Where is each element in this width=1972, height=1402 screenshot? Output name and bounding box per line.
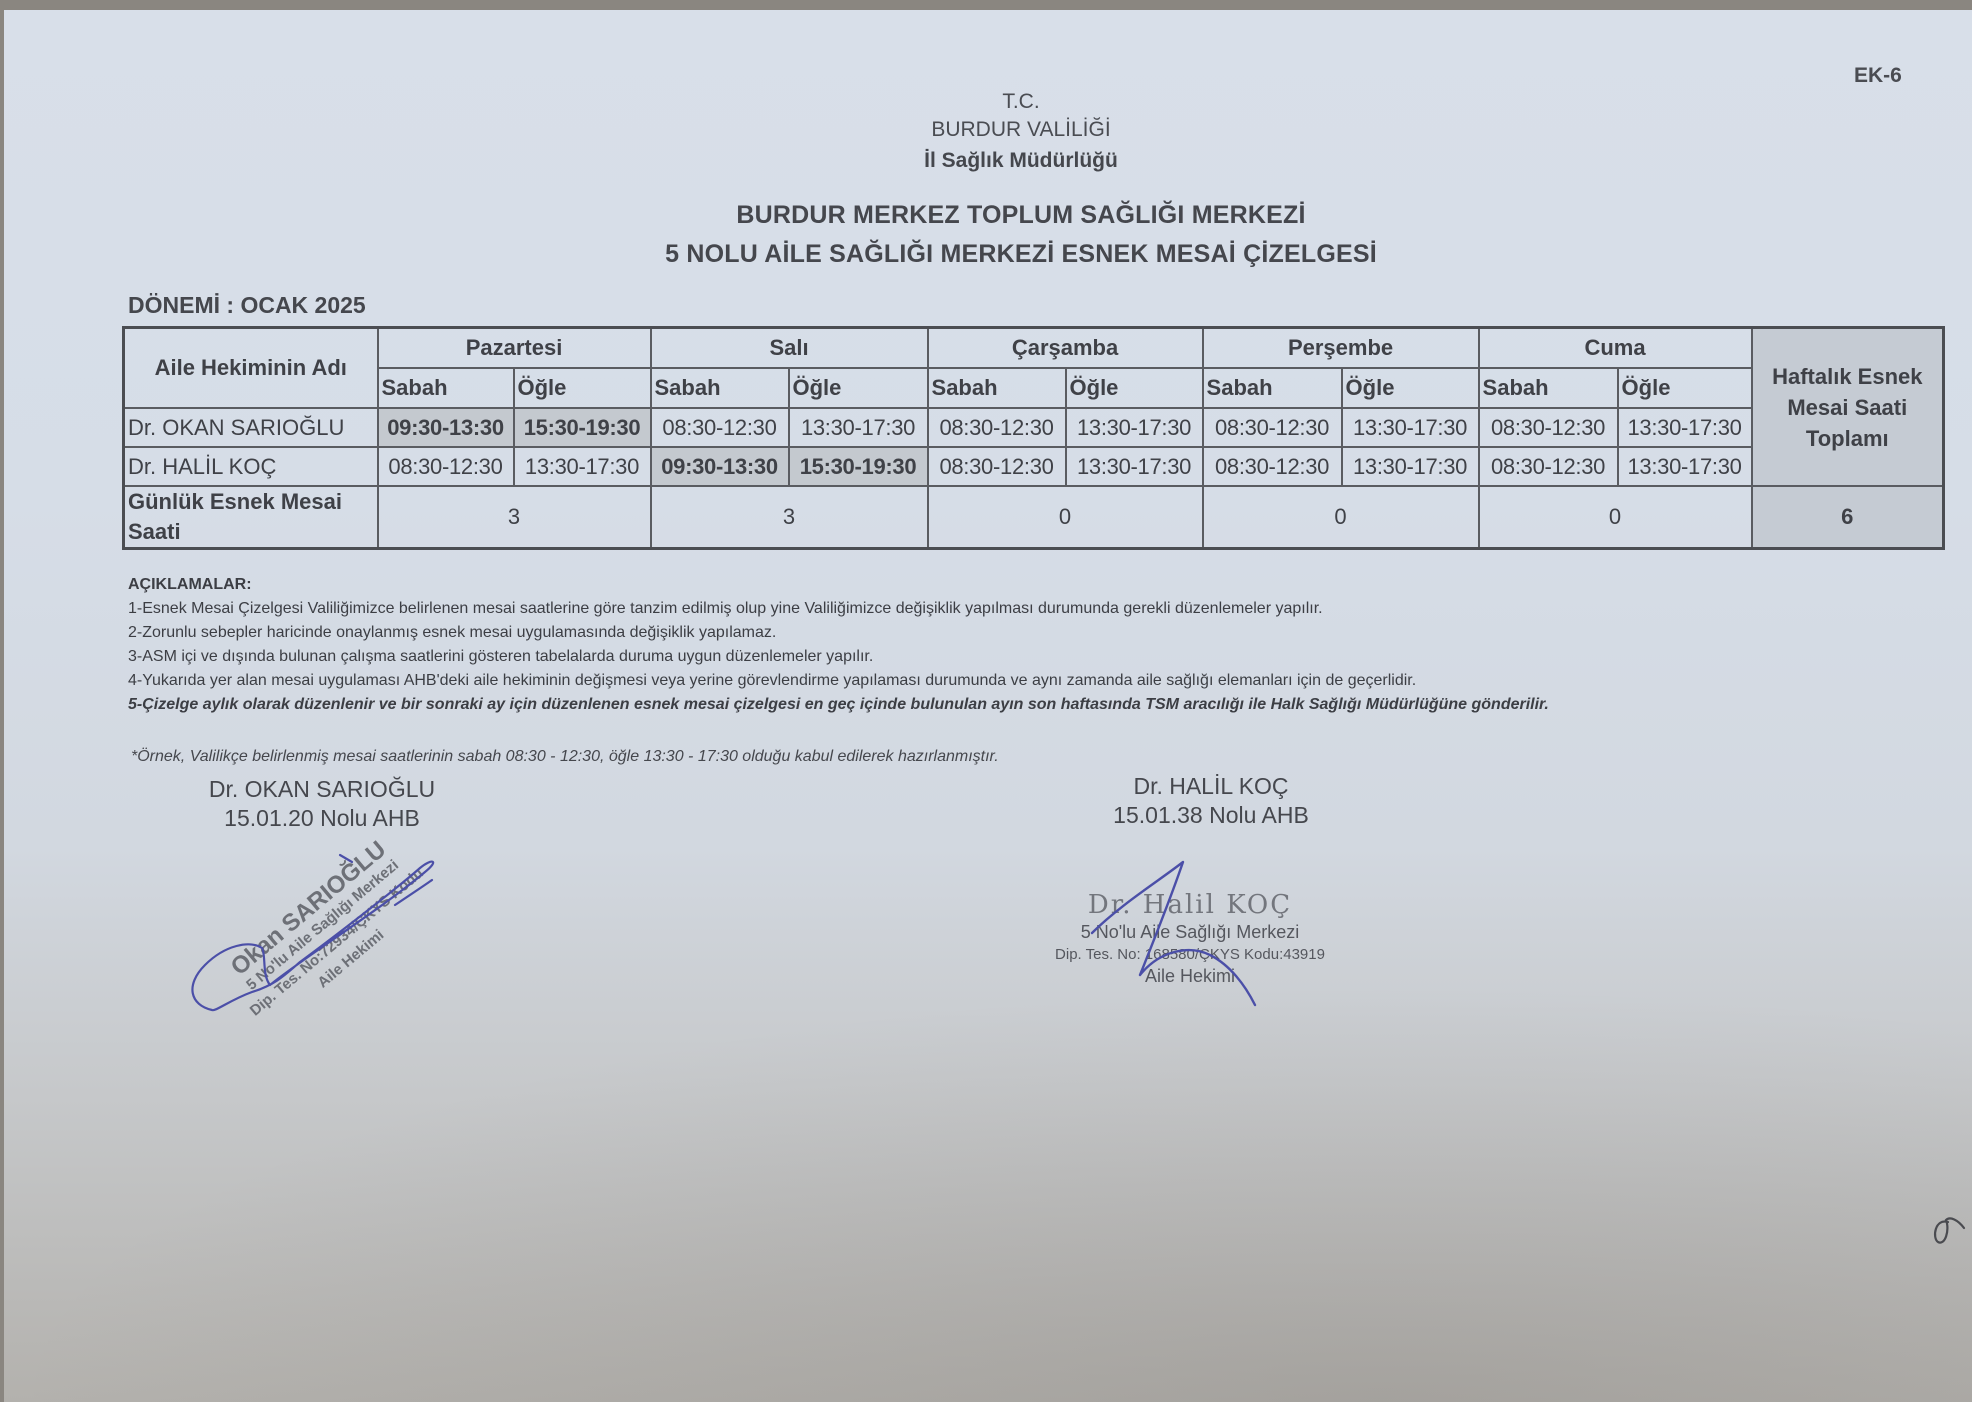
column-header-name: Aile Hekiminin Adı (124, 328, 378, 409)
time-cell: 13:30-17:30 (1618, 447, 1752, 486)
daily-flex-hours-value: 3 (651, 486, 928, 549)
daily-flex-hours-value: 0 (1203, 486, 1479, 549)
time-cell: 15:30-19:30 (514, 408, 651, 447)
header-directorate: İl Sağlık Müdürlüğü (924, 149, 1118, 173)
weekly-flex-hours-total: 6 (1752, 486, 1944, 549)
explanation-item: 1-Esnek Mesai Çizelgesi Valiliğimizce be… (128, 597, 1549, 621)
time-cell: 09:30-13:30 (651, 447, 789, 486)
time-cell: 08:30-12:30 (928, 447, 1066, 486)
time-cell: 15:30-19:30 (789, 447, 928, 486)
header-governorship: BURDUR VALİLİĞİ (931, 118, 1110, 142)
day-header: Perşembe (1203, 328, 1479, 369)
document-title-2: 5 NOLU AİLE SAĞLIĞI MERKEZİ ESNEK MESAİ … (665, 240, 1377, 269)
explanation-item: 3-ASM içi ve dışında bulunan çalışma saa… (128, 645, 1549, 669)
shift-header: Sabah (1203, 368, 1342, 408)
time-cell: 08:30-12:30 (928, 408, 1066, 447)
explanations-heading: AÇIKLAMALAR: (128, 573, 1549, 597)
daily-flex-hours-value: 0 (1479, 486, 1752, 549)
time-cell: 13:30-17:30 (1066, 408, 1203, 447)
daily-flex-hours-value: 3 (378, 486, 651, 549)
shift-header: Öğle (1342, 368, 1479, 408)
doctor-name: Dr. HALİL KOÇ (124, 447, 378, 486)
column-header-weekly-total: Haftalık Esnek Mesai Saati Toplamı (1752, 328, 1944, 487)
shift-header: Sabah (928, 368, 1066, 408)
header-row-days: Aile Hekiminin Adı Pazartesi Salı Çarşam… (124, 328, 1944, 369)
time-cell: 08:30-12:30 (1479, 408, 1618, 447)
doctor-name: Dr. OKAN SARIOĞLU (124, 408, 378, 447)
explanation-item: 5-Çizelge aylık olarak düzenlenir ve bir… (128, 693, 1549, 717)
day-header: Cuma (1479, 328, 1752, 369)
signatory-2-name: Dr. HALİL KOÇ (1133, 773, 1288, 800)
table-row: Dr. OKAN SARIOĞLU 09:30-13:30 15:30-19:3… (124, 408, 1944, 447)
explanations-section: AÇIKLAMALAR: 1-Esnek Mesai Çizelgesi Val… (128, 573, 1549, 717)
stamp-signatory-2: Dr. Halil KOÇ 5 No'lu Aile Sağlığı Merke… (1055, 890, 1325, 987)
shift-header: Öğle (514, 368, 651, 408)
period-label: DÖNEMİ : OCAK 2025 (128, 292, 366, 319)
explanation-item: 2-Zorunlu sebepler haricinde onaylanmış … (128, 621, 1549, 645)
time-cell: 13:30-17:30 (789, 408, 928, 447)
day-header: Çarşamba (928, 328, 1203, 369)
time-cell: 08:30-12:30 (651, 408, 789, 447)
daily-flex-hours-value: 0 (928, 486, 1203, 549)
time-cell: 13:30-17:30 (1342, 447, 1479, 486)
stamp-line: Dip. Tes. No: 168580/ÇKYS Kodu:43919 (1055, 946, 1325, 963)
time-cell: 13:30-17:30 (1618, 408, 1752, 447)
stamp-line: Dr. Halil KOÇ (1055, 890, 1325, 920)
stamp-line: 5 No'lu Aile Sağlığı Merkezi (1055, 922, 1325, 943)
shift-header: Sabah (1479, 368, 1618, 408)
time-cell: 08:30-12:30 (1479, 447, 1618, 486)
time-cell: 13:30-17:30 (1066, 447, 1203, 486)
shift-header: Öğle (1066, 368, 1203, 408)
time-cell: 13:30-17:30 (514, 447, 651, 486)
explanation-item: 4-Yukarıda yer alan mesai uygulaması AHB… (128, 669, 1549, 693)
signatory-1-name: Dr. OKAN SARIOĞLU (209, 776, 435, 803)
signatory-2-unit: 15.01.38 Nolu AHB (1113, 802, 1309, 829)
shift-header: Öğle (789, 368, 928, 408)
time-cell: 08:30-12:30 (1203, 447, 1342, 486)
time-cell: 08:30-12:30 (1203, 408, 1342, 447)
table-row: Dr. HALİL KOÇ 08:30-12:30 13:30-17:30 09… (124, 447, 1944, 486)
shift-header: Öğle (1618, 368, 1752, 408)
document-title-1: BURDUR MERKEZ TOPLUM SAĞLIĞI MERKEZİ (736, 201, 1305, 230)
header-tc: T.C. (1002, 90, 1039, 114)
day-header: Pazartesi (378, 328, 651, 369)
daily-flex-hours-label: Günlük Esnek Mesai Saati (124, 486, 378, 549)
shift-header: Sabah (378, 368, 514, 408)
time-cell: 09:30-13:30 (378, 408, 514, 447)
annex-label: EK-6 (1854, 64, 1902, 88)
footnote: *Örnek, Valilikçe belirlenmiş mesai saat… (131, 748, 999, 766)
time-cell: 08:30-12:30 (378, 447, 514, 486)
time-cell: 13:30-17:30 (1342, 408, 1479, 447)
daily-total-row: Günlük Esnek Mesai Saati 3 3 0 0 0 6 (124, 486, 1944, 549)
stamp-line: Aile Hekimi (1055, 966, 1325, 987)
header-row-shifts: Sabah Öğle Sabah Öğle Sabah Öğle Sabah Ö… (124, 368, 1944, 408)
shift-header: Sabah (651, 368, 789, 408)
day-header: Salı (651, 328, 928, 369)
flex-hours-schedule-table: Aile Hekiminin Adı Pazartesi Salı Çarşam… (122, 326, 1945, 550)
